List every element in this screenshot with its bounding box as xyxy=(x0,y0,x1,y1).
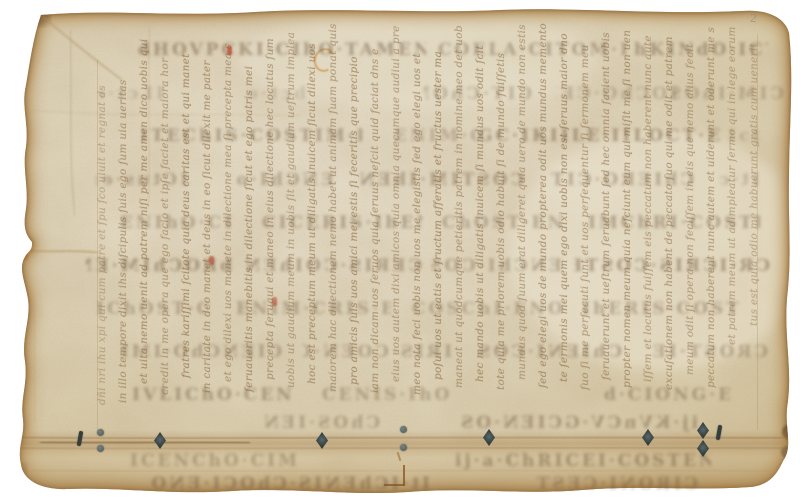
folio-number: 2 xyxy=(749,12,758,26)
script-text-line: tus est quia odio me habuerunt gratis cu… xyxy=(748,43,760,326)
script-text-line: hoc est preceptum meum ut diligatis inui… xyxy=(306,43,318,384)
show-through-band: bct·en xyxy=(246,84,306,105)
script-text-line: hec mando uobis ut diligatis inuicem ſi … xyxy=(474,45,486,382)
script-text-line: ſed ego elegi uos de mundo propterea odi… xyxy=(537,23,549,388)
script-text-line: maneat ut quodcumque petieritis patrem i… xyxy=(453,25,465,388)
sewing-hole-round xyxy=(400,426,407,433)
script-text-line: ſeruauerunt et ueſtrum ſeruabunt ſed hec… xyxy=(600,32,612,380)
script-text-line: pro amicis ſuis uos amici mei estis ſi f… xyxy=(348,56,360,385)
show-through-band: ILct·om xyxy=(100,84,164,105)
script-text-line: mundus quod ſuum erat diligeret quia uer… xyxy=(516,24,528,380)
show-through-band: CIRONI·CEST xyxy=(518,474,698,495)
script-text-line: maiorem hac dilectionem nemo habet ut an… xyxy=(327,23,339,392)
script-text-line: peccatum non haberent nunc autem et uide… xyxy=(705,27,717,388)
show-through-band: It·IChENIS·ChOCI·ENOM xyxy=(150,474,430,495)
show-through-band: COELA·CITOM·EN xyxy=(438,40,626,61)
script-text-line: eius uos autem dixi amicos quia omnia qu… xyxy=(390,25,402,382)
script-text-line: meum odit ſi opera non feciſſem in eis q… xyxy=(684,43,696,375)
sewing-slit xyxy=(716,425,723,440)
script-text-line: excuſationem non habent de peccato ſuo q… xyxy=(663,36,675,390)
script-text-line: ſuo ſi me perſecuti ſunt et uos perſeque… xyxy=(579,44,591,390)
rubric-red-mark xyxy=(209,256,214,265)
script-text-line: credit in me opera que ego facio et ipſe… xyxy=(159,58,171,395)
show-through-band: ICENChO·CIM xyxy=(130,451,300,472)
script-text-line: fratres kariſſimi ſcitote quia deus cari… xyxy=(180,53,192,378)
show-through-band: ij·KVnCV·GCIEN·OS xyxy=(458,413,698,434)
ruling-line xyxy=(757,34,758,430)
sewing-hole-round xyxy=(97,429,104,436)
show-through-band: IVLIChO·CEN xyxy=(132,385,302,406)
sewing-hole-round xyxy=(400,444,407,451)
show-through-band: ChOS·IEN xyxy=(262,413,380,434)
ruling-line xyxy=(97,60,98,430)
script-text-line: te ſermonis mei quem ego dixi uobis non … xyxy=(558,33,570,382)
script-text-line: uobis ut gaudium meum in uobis ſit et ga… xyxy=(285,32,297,388)
sewing-hole-diamond xyxy=(316,432,328,449)
script-text-line: ſeruaueritis manebitis in dilectione ſic… xyxy=(243,66,255,392)
script-text-line: et uita nemo uenit ad patrem niſi per me… xyxy=(138,39,150,384)
script-text-line: meo nota feci uobis non uos me elegistis… xyxy=(411,53,423,395)
script-text-line: in caritate in deo manet et deus in eo ſ… xyxy=(201,60,213,393)
sewing-hole-diamond xyxy=(154,432,166,449)
script-text-line: tote quia me priorem uobis odio habuit ſ… xyxy=(495,53,507,390)
script-text-line: iſſem et locutus fuiſſem eis peccatum no… xyxy=(642,35,654,382)
script-text-line: et ego dilexi uos manete in dilectione m… xyxy=(222,43,234,382)
rubric-red-mark xyxy=(272,297,277,306)
pen-trial-tick xyxy=(397,452,402,461)
show-through-band: IChOST·CI xyxy=(96,299,212,320)
sewing-hole-diamond xyxy=(697,422,709,439)
manuscript-ink-layer: 2 dHOVPCKI·CIhO·TAMEN·OCCOELA·CITOM·ENhK… xyxy=(0,0,800,502)
script-text-line: in illo tempore dixit ihs diſcipulis ſui… xyxy=(117,79,129,403)
script-text-line: precepta ſeruaui et maneo in eius dilect… xyxy=(264,38,276,380)
show-through-band: CENIS·IhO xyxy=(322,385,470,406)
script-text-line: iam non dicam uos ſeruos quia ſeruus neſ… xyxy=(369,48,381,393)
rubric-red-mark xyxy=(227,46,232,55)
manuscript-photo: 2 dHOVPCKI·CIhO·TAMEN·OCCOELA·CITOM·ENhK… xyxy=(0,0,800,502)
script-text-line: propter nomen meum quia neſciunt eum qui… xyxy=(621,30,633,388)
show-through-band: ij·a·ChRICEI·COSTEN xyxy=(455,451,711,472)
script-text-line: et patrem meum ut adimpleatur ſermo qui … xyxy=(726,26,738,345)
sewing-slit xyxy=(77,431,84,446)
script-text-line: poſui uos ut eatis et fructum afferatis … xyxy=(432,51,444,380)
show-through-band: IOChO·CEN xyxy=(556,84,678,105)
sewing-hole-round xyxy=(97,445,104,452)
show-through-band: ENIhO·CIT xyxy=(120,213,232,234)
